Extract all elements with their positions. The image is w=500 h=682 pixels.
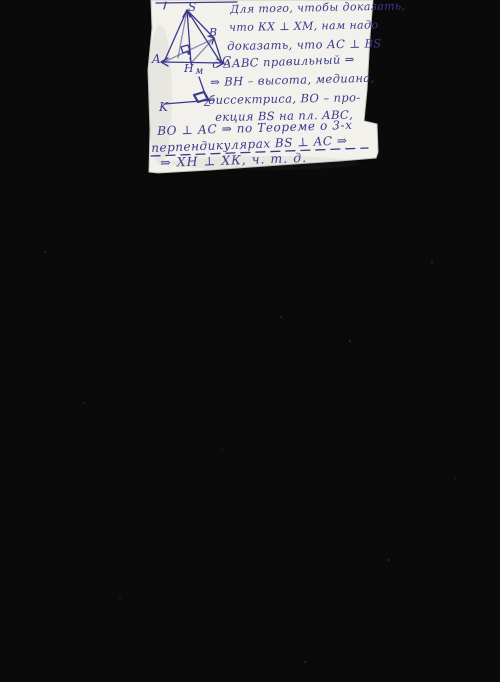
dust-specks bbox=[44, 251, 456, 663]
note-line-6: биссектриса, ВО – про- bbox=[208, 90, 361, 107]
label-point-k: K bbox=[159, 101, 168, 113]
label-vertex-a: A bbox=[152, 53, 161, 65]
scanned-page: Для того, чтобы доказать, что КХ ⊥ ХМ, н… bbox=[0, 0, 500, 682]
label-apex-s: S bbox=[188, 1, 196, 13]
label-vertex-c: C bbox=[222, 55, 231, 67]
label-foot-h: H bbox=[184, 63, 194, 74]
label-vertex-b: B bbox=[209, 27, 217, 38]
note-line-3: доказать, что АС ⊥ BS bbox=[227, 36, 382, 53]
point-o-dot bbox=[187, 51, 190, 54]
angle-symbol: ∠ bbox=[202, 98, 211, 109]
label-point-m: м bbox=[195, 67, 203, 77]
note-line-2: что КХ ⊥ ХМ, нам надо bbox=[229, 18, 379, 34]
